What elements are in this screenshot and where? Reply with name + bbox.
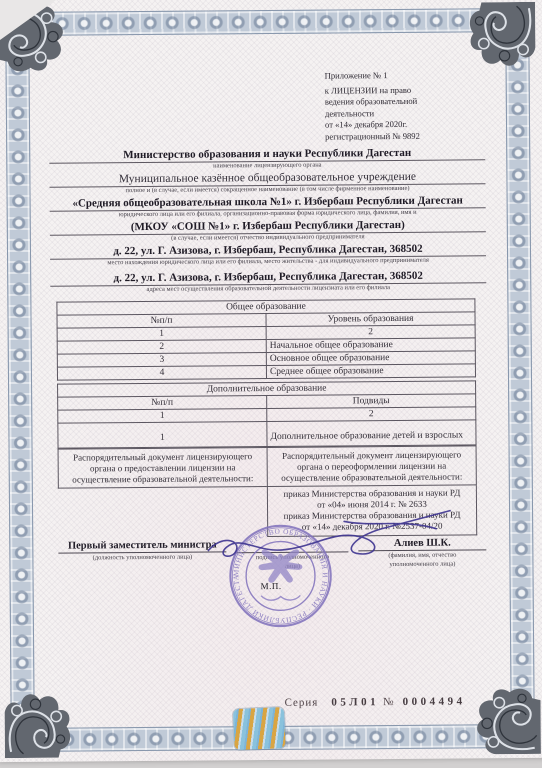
- serial-no-sign: №: [383, 696, 394, 708]
- border-top-band: [28, 8, 508, 36]
- license-document-page: Приложение № 1 к ЛИЦЕНЗИИ на право веден…: [0, 0, 542, 762]
- appendix-reference-block: Приложение № 1 к ЛИЦЕНЗИИ на право веден…: [325, 69, 501, 143]
- serial-number: 0004494: [403, 695, 466, 707]
- field-caption: уполномоченного лица): [358, 560, 486, 569]
- corner-ornament-icon: [4, 692, 71, 759]
- table-cell: Среднее общее образование: [266, 364, 475, 379]
- table-cell: 1: [58, 422, 267, 449]
- table-cell: 4: [57, 366, 266, 381]
- order-reissue-header: Распорядительный документ лицензирующего…: [267, 445, 477, 487]
- table-cell: Дополнительное образование детей и взрос…: [267, 420, 476, 447]
- order-grant-header: Распорядительный документ лицензирующего…: [58, 447, 267, 489]
- corner-ornament-icon: [469, 2, 536, 69]
- corner-ornament-icon: [474, 688, 541, 755]
- general-education-table: Общее образование №п/п Уровень образован…: [56, 298, 476, 380]
- border-right-band: [505, 31, 534, 722]
- table-row: 4 Среднее общее образование: [57, 364, 475, 380]
- appendix-line: Приложение № 1: [325, 69, 500, 82]
- table-row: 1 Дополнительное образование детей и взр…: [58, 420, 476, 448]
- serial-number-block: Серия 05Л01 № 0004494: [285, 695, 466, 708]
- appendix-line: регистрационный № 9892: [325, 130, 500, 143]
- additional-education-table: Дополнительное образование №п/п Подвиды …: [57, 380, 476, 448]
- border-left-band: [5, 35, 34, 726]
- seal-place-label: М.П.: [261, 581, 282, 591]
- serial-series: 05Л01: [331, 696, 379, 708]
- document-header: Министерство образования и науки Республ…: [49, 146, 486, 296]
- seal-ornament: [261, 595, 300, 600]
- hologram-sticker: [233, 707, 286, 750]
- serial-label: Серия: [285, 697, 319, 709]
- handwritten-signature: [196, 498, 466, 562]
